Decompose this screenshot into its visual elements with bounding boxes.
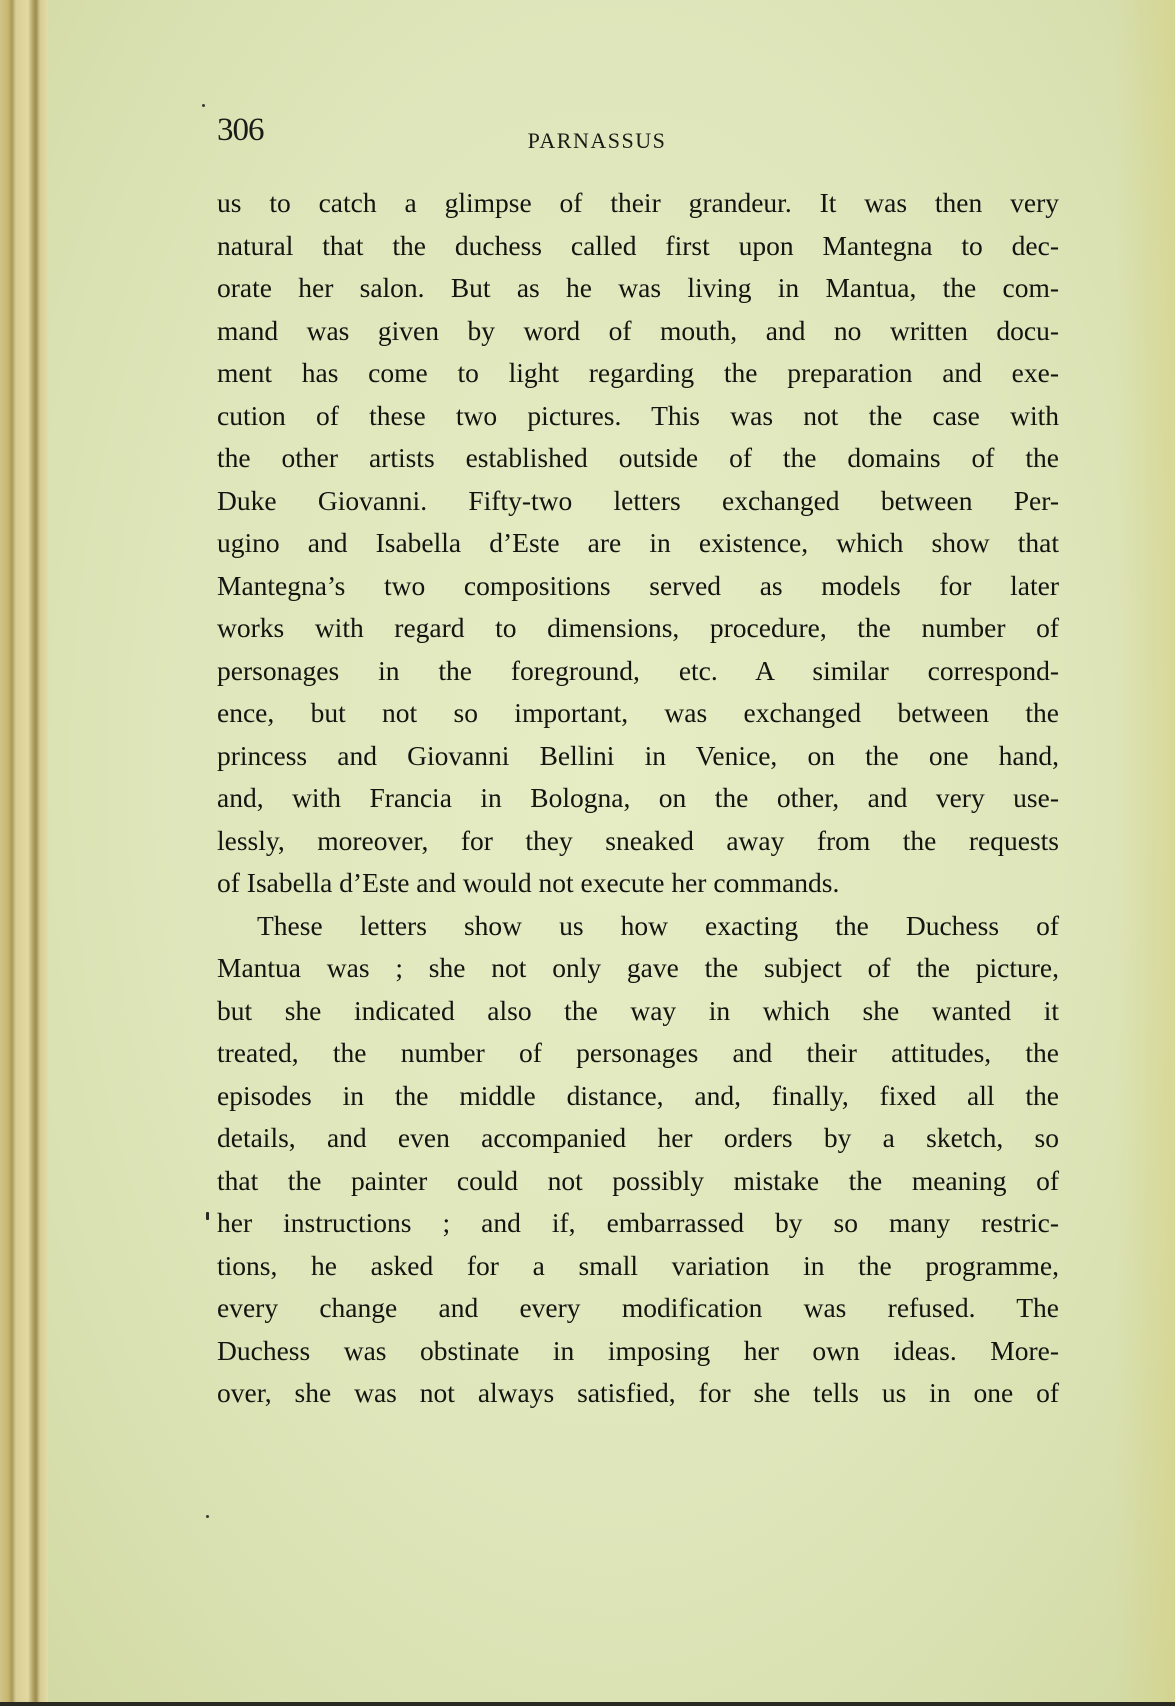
text-line: but she indicated also the way in which … [217, 990, 1059, 1033]
text-line: over, she was not always satisfied, for … [217, 1372, 1059, 1415]
page-header: 306 PARNASSUS [217, 112, 977, 162]
running-title: PARNASSUS [217, 128, 977, 154]
paper-speck [202, 104, 205, 107]
text-line-paragraph-start: These letters show us how exacting the D… [217, 905, 1059, 948]
page-right-shadow [1115, 0, 1175, 1706]
text-line: personages in the foreground, etc. A sim… [217, 650, 1059, 693]
text-line: works with regard to dimensions, procedu… [217, 607, 1059, 650]
text-line: lessly, moreover, for they sneaked away … [217, 820, 1059, 863]
text-line-paragraph-end: of Isabella d’Este and would not execute… [217, 862, 1059, 905]
margin-mark [206, 1212, 209, 1220]
text-line: that the painter could not possibly mist… [217, 1160, 1059, 1203]
text-line: ence, but not so important, was exchange… [217, 692, 1059, 735]
text-line: and, with Francia in Bologna, on the oth… [217, 777, 1059, 820]
text-line: her instructions ; and if, embarrassed b… [217, 1202, 1059, 1245]
text-line: ment has come to light regarding the pre… [217, 352, 1059, 395]
text-line: treated, the number of personages and th… [217, 1032, 1059, 1075]
text-line: every change and every modification was … [217, 1287, 1059, 1330]
text-line: tions, he asked for a small variation in… [217, 1245, 1059, 1288]
text-line: episodes in the middle distance, and, fi… [217, 1075, 1059, 1118]
paper-speck [206, 1515, 209, 1518]
scan-bottom-edge [0, 1702, 1175, 1706]
text-line: us to catch a glimpse of their grandeur.… [217, 182, 1059, 225]
text-line: cution of these two pictures. This was n… [217, 395, 1059, 438]
text-line: Mantegna’s two compositions served as mo… [217, 565, 1059, 608]
text-line: princess and Giovanni Bellini in Venice,… [217, 735, 1059, 778]
text-line: the other artists established outside of… [217, 437, 1059, 480]
text-line: Duke Giovanni. Fifty-two letters exchang… [217, 480, 1059, 523]
text-line: Mantua was ; she not only gave the subje… [217, 947, 1059, 990]
text-line: ugino and Isabella d’Este are in existen… [217, 522, 1059, 565]
body-text: us to catch a glimpse of their grandeur.… [217, 182, 1059, 1415]
text-line: natural that the duchess called first up… [217, 225, 1059, 268]
text-line: orate her salon. But as he was living in… [217, 267, 1059, 310]
text-line: Duchess was obstinate in imposing her ow… [217, 1330, 1059, 1373]
text-line: mand was given by word of mouth, and no … [217, 310, 1059, 353]
text-line: details, and even accompanied her orders… [217, 1117, 1059, 1160]
